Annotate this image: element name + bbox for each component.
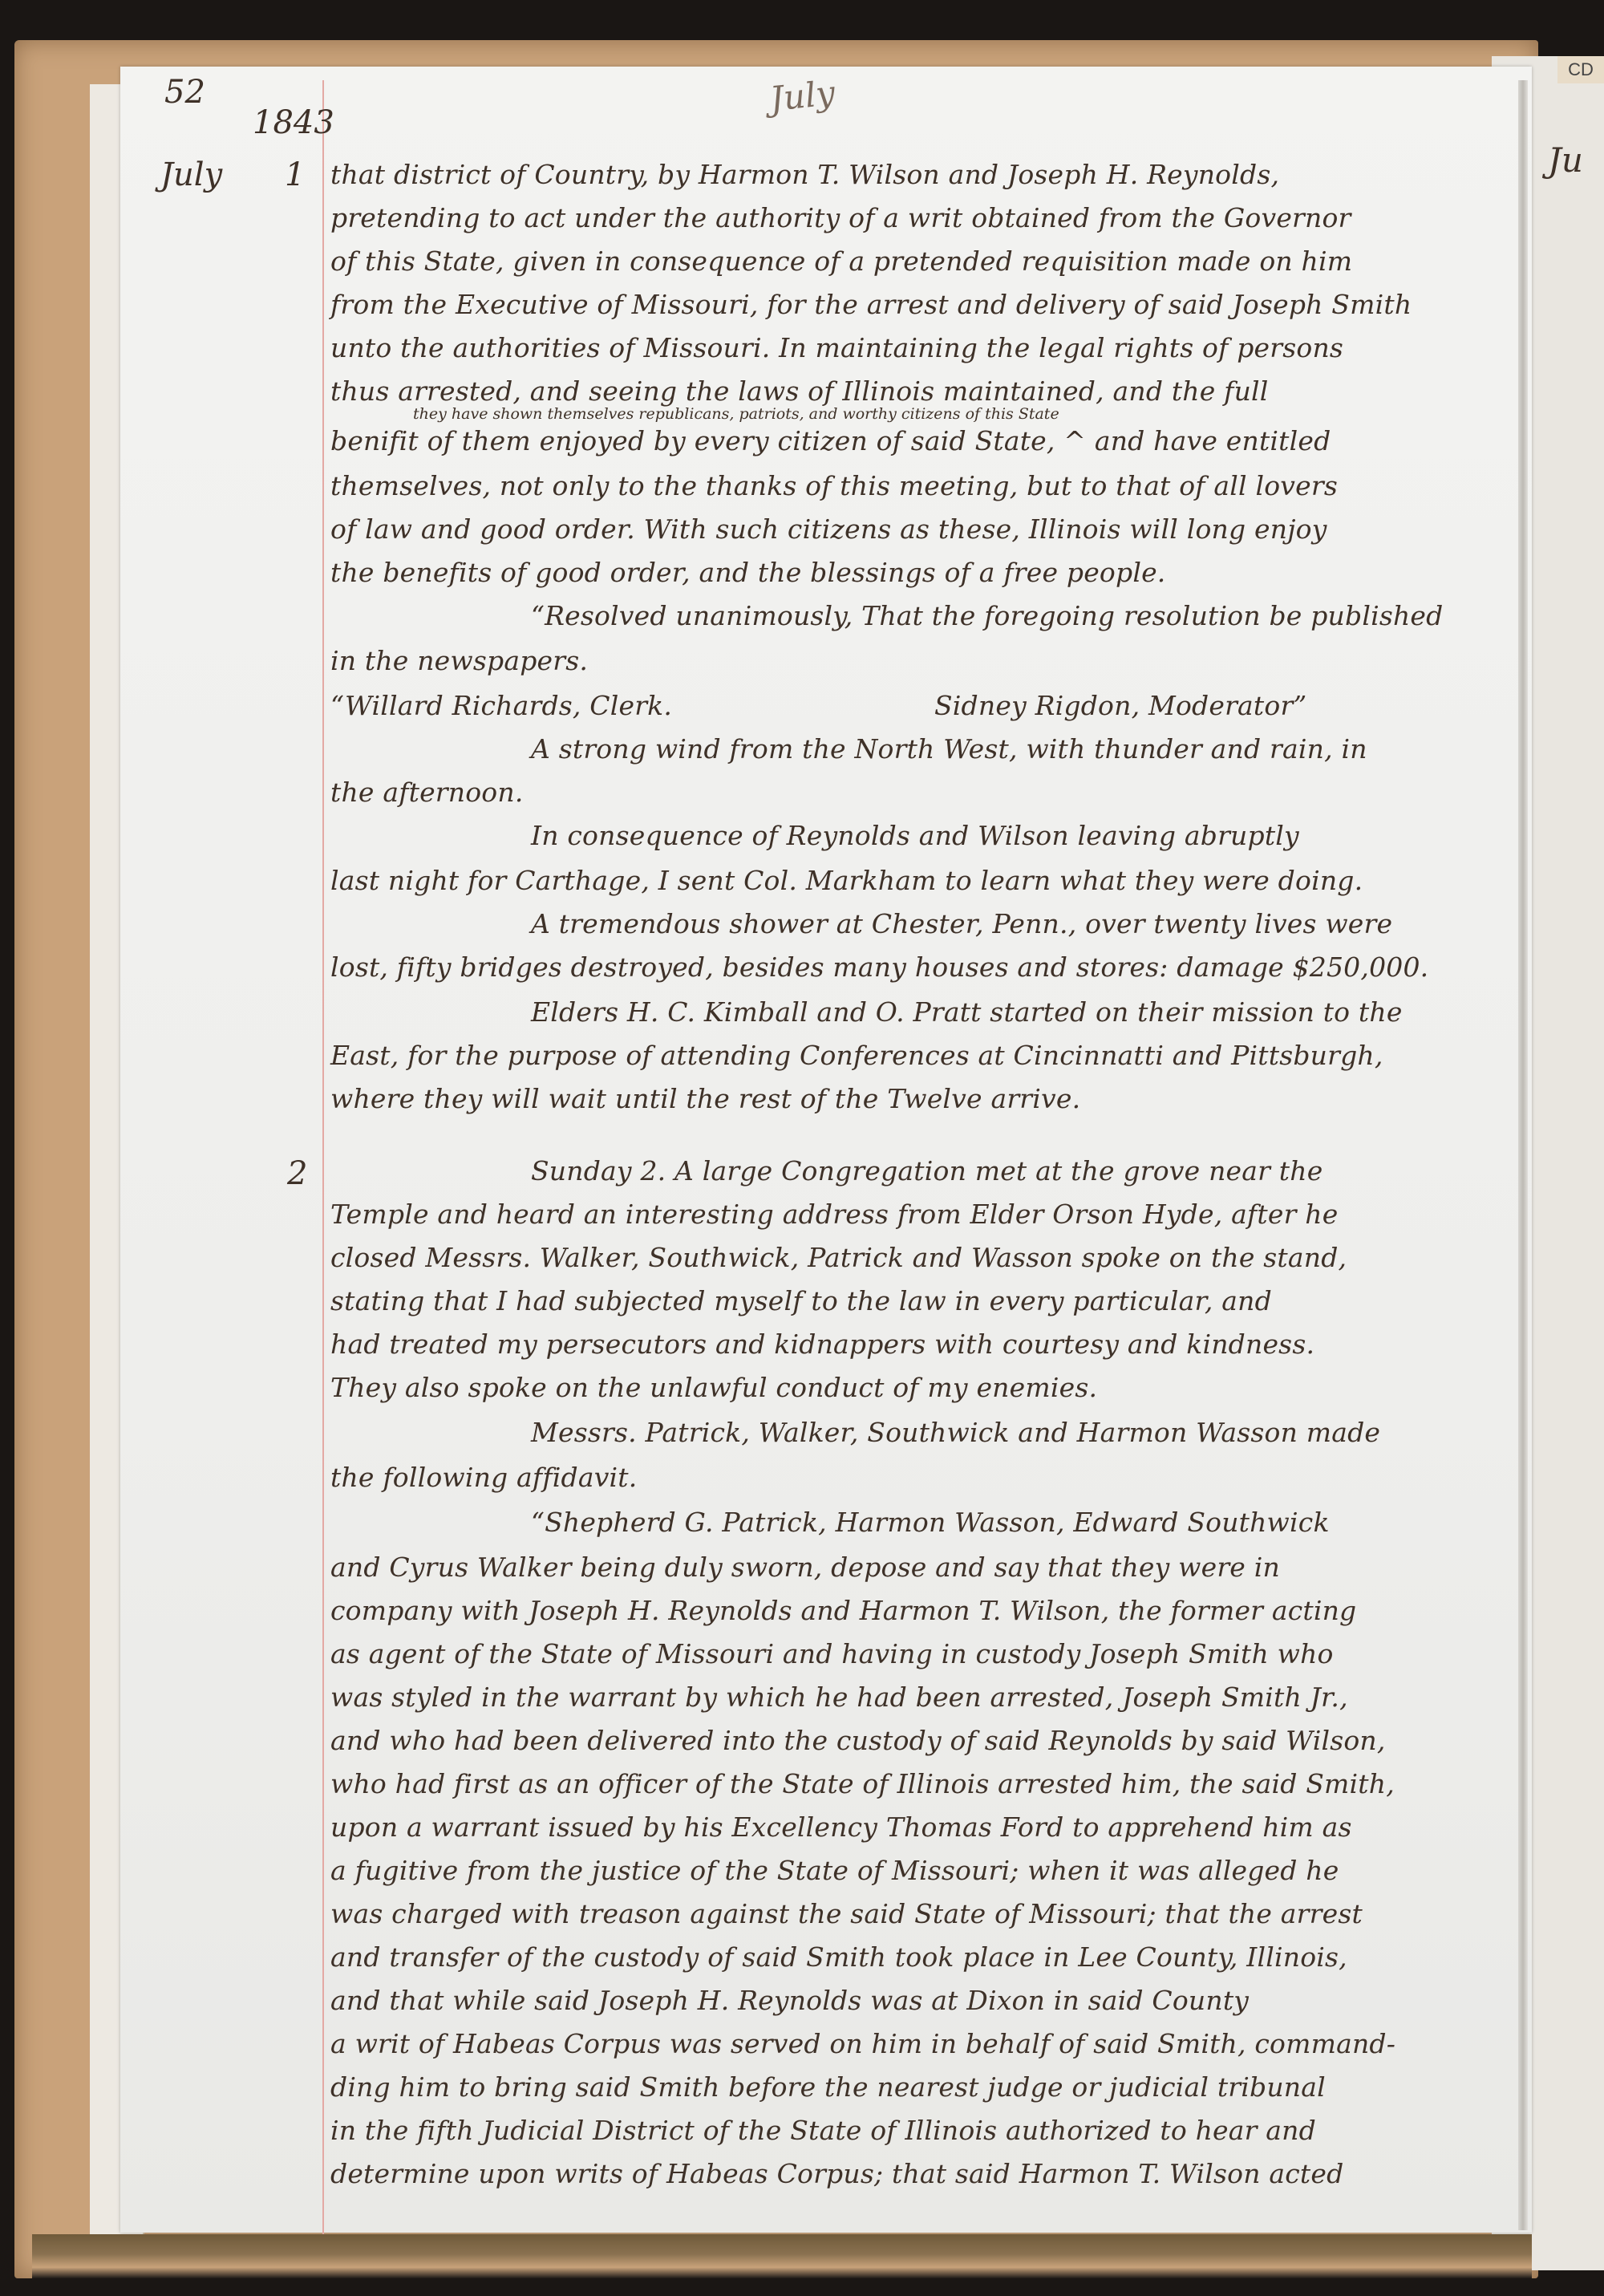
text-line: “Willard Richards, Clerk. bbox=[330, 690, 672, 721]
text-line: and that while said Joseph H. Reynolds w… bbox=[330, 1985, 1249, 2016]
page-number: 52 bbox=[164, 74, 205, 111]
text-line: who had first as an officer of the State… bbox=[330, 1768, 1395, 1799]
text-line: They also spoke on the unlawful conduct … bbox=[330, 1372, 1097, 1403]
text-line: “Shepherd G. Patrick, Harmon Wasson, Edw… bbox=[531, 1507, 1330, 1538]
text-line: company with Joseph H. Reynolds and Harm… bbox=[330, 1595, 1356, 1626]
text-line: In consequence of Reynolds and Wilson le… bbox=[531, 820, 1299, 851]
text-line: where they will wait until the rest of t… bbox=[330, 1083, 1080, 1114]
text-line: Temple and heard an interesting address … bbox=[330, 1199, 1338, 1230]
text-line: upon a warrant issued by his Excellency … bbox=[330, 1811, 1352, 1843]
margin-date: July bbox=[160, 156, 222, 193]
text-line: thus arrested, and seeing the laws of Il… bbox=[330, 375, 1269, 407]
facing-page-header: Ju bbox=[1548, 140, 1583, 180]
text-line: the following affidavit. bbox=[330, 1462, 637, 1493]
text-line: benifit of them enjoyed by every citizen… bbox=[330, 425, 1331, 456]
text-line: a fugitive from the justice of the State… bbox=[330, 1855, 1339, 1886]
text-line: lost, fifty bridges destroyed, besides m… bbox=[330, 951, 1428, 983]
text-line: A tremendous shower at Chester, Penn., o… bbox=[531, 908, 1392, 939]
margin-date: 2 bbox=[287, 1155, 307, 1192]
margin-rule bbox=[322, 80, 324, 2234]
page-gutter bbox=[1518, 80, 1528, 2230]
text-line: Sunday 2. A large Congregation met at th… bbox=[531, 1155, 1322, 1187]
archive-tab-label: CD bbox=[1557, 56, 1604, 83]
text-line: and Cyrus Walker being duly sworn, depos… bbox=[330, 1552, 1280, 1583]
text-line: “Resolved unanimously, That the foregoin… bbox=[531, 600, 1443, 631]
book-bottom-edge bbox=[32, 2234, 1532, 2278]
text-line: had treated my persecutors and kidnapper… bbox=[330, 1329, 1314, 1360]
text-line: that district of Country, by Harmon T. W… bbox=[330, 159, 1279, 190]
text-line: A strong wind from the North West, with … bbox=[531, 733, 1367, 765]
text-line: themselves, not only to the thanks of th… bbox=[330, 470, 1338, 501]
text-line: and transfer of the custody of said Smit… bbox=[330, 1941, 1347, 1973]
text-line: a writ of Habeas Corpus was served on hi… bbox=[330, 2028, 1395, 2059]
text-line: ding him to bring said Smith before the … bbox=[330, 2071, 1326, 2103]
text-line: last night for Carthage, I sent Col. Mar… bbox=[330, 865, 1363, 896]
year-heading: 1843 bbox=[253, 104, 334, 141]
text-line: was styled in the warrant by which he ha… bbox=[330, 1681, 1348, 1713]
text-line: stating that I had subjected myself to t… bbox=[330, 1285, 1272, 1316]
text-line: East, for the purpose of attending Confe… bbox=[330, 1040, 1383, 1071]
margin-date: 1 bbox=[285, 156, 305, 193]
text-line: Elders H. C. Kimball and O. Pratt starte… bbox=[531, 996, 1403, 1028]
text-line: of law and good order. With such citizen… bbox=[330, 513, 1327, 545]
text-line: the afternoon. bbox=[330, 777, 524, 808]
text-line: was charged with treason against the sai… bbox=[330, 1898, 1363, 1929]
running-header: July bbox=[768, 73, 837, 119]
text-line: unto the authorities of Missouri. In mai… bbox=[330, 332, 1343, 363]
interlinear-insertion: they have shown themselves republicans, … bbox=[413, 405, 1059, 423]
text-line: closed Messrs. Walker, Southwick, Patric… bbox=[330, 1242, 1347, 1273]
text-line: the benefits of good order, and the bles… bbox=[330, 557, 1166, 588]
text-line: pretending to act under the authority of… bbox=[330, 202, 1351, 233]
text-line: in the fifth Judicial District of the St… bbox=[330, 2115, 1316, 2146]
text-line: in the newspapers. bbox=[330, 645, 588, 676]
text-line: determine upon writs of Habeas Corpus; t… bbox=[330, 2158, 1343, 2189]
signature-moderator: Sidney Rigdon, Moderator” bbox=[934, 690, 1307, 721]
text-line: Messrs. Patrick, Walker, Southwick and H… bbox=[531, 1417, 1380, 1448]
text-line: from the Executive of Missouri, for the … bbox=[330, 289, 1412, 320]
text-line: and who had been delivered into the cust… bbox=[330, 1725, 1386, 1756]
text-line: as agent of the State of Missouri and ha… bbox=[330, 1638, 1334, 1669]
text-line: of this State, given in consequence of a… bbox=[330, 245, 1352, 277]
